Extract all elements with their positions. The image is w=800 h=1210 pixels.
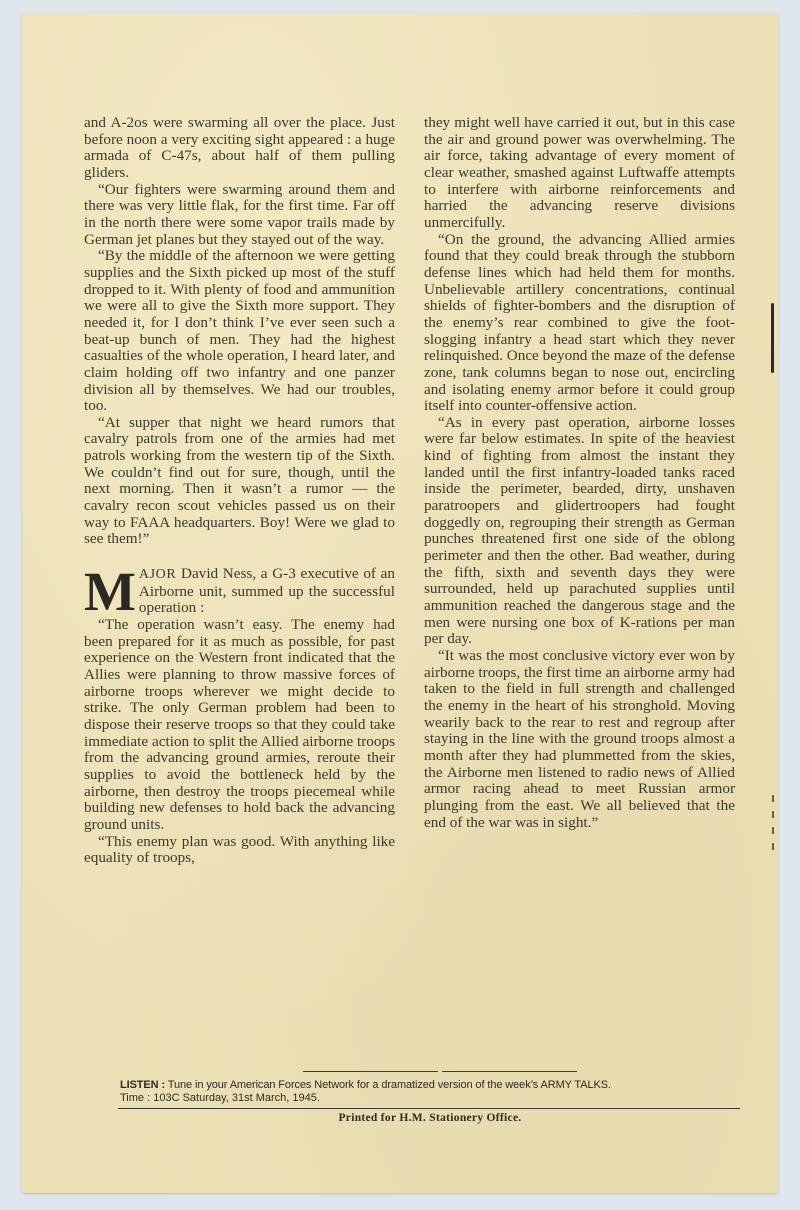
footer-top-rule <box>140 1071 740 1072</box>
paragraph: “This enemy plan was good. With anything… <box>84 834 395 867</box>
time-text: 103C Saturday, 31st March, 1945. <box>150 1092 320 1104</box>
paragraph: “The operation wasn’t easy. The enemy ha… <box>84 617 395 834</box>
listen-notice: LISTEN : Tune in your American Forces Ne… <box>100 1079 740 1092</box>
margin-bracket-mark <box>771 303 774 373</box>
paragraph: “As in every past operation, airborne lo… <box>424 415 735 648</box>
drop-cap: M <box>84 570 135 616</box>
listen-text: Tune in your American Forces Network for… <box>165 1079 540 1091</box>
paragraph: “It was the most conclusive victory ever… <box>424 648 735 831</box>
paragraph: “At supper that night we heard rumors th… <box>84 415 395 548</box>
footer-bottom-rule <box>118 1108 740 1109</box>
document-page: and A-2os were swarming all over the pla… <box>22 13 778 1193</box>
margin-tick-mark <box>772 843 774 850</box>
listen-program: ARMY TALKS. <box>540 1079 610 1091</box>
lead-caps: AJOR <box>139 567 176 582</box>
paragraph: “Our fighters were swarming around them … <box>84 182 395 249</box>
lead-text: David Ness, a G-3 executive of an Airbor… <box>139 565 395 616</box>
printer-imprint: Printed for H.M. Stationery Office. <box>120 1112 740 1124</box>
right-column: they might well have carried it out, but… <box>424 115 735 831</box>
broadcast-time: Time : 103C Saturday, 31st March, 1945. <box>100 1092 740 1105</box>
listen-label: LISTEN : <box>120 1079 165 1091</box>
margin-tick-mark <box>772 811 774 818</box>
margin-tick-mark <box>772 827 774 834</box>
time-label: Time : <box>120 1092 150 1104</box>
left-column: and A-2os were swarming all over the pla… <box>84 115 395 867</box>
margin-tick-mark <box>772 795 774 802</box>
footer: LISTEN : Tune in your American Forces Ne… <box>100 1071 740 1124</box>
paragraph: “On the ground, the advancing Allied arm… <box>424 232 735 415</box>
paragraph: “By the middle of the afternoon we were … <box>84 248 395 415</box>
paragraph: they might well have carried it out, but… <box>424 115 735 232</box>
paragraph: and A-2os were swarming all over the pla… <box>84 115 395 182</box>
section-opening-paragraph: MAJOR David Ness, a G-3 executive of an … <box>84 566 395 617</box>
